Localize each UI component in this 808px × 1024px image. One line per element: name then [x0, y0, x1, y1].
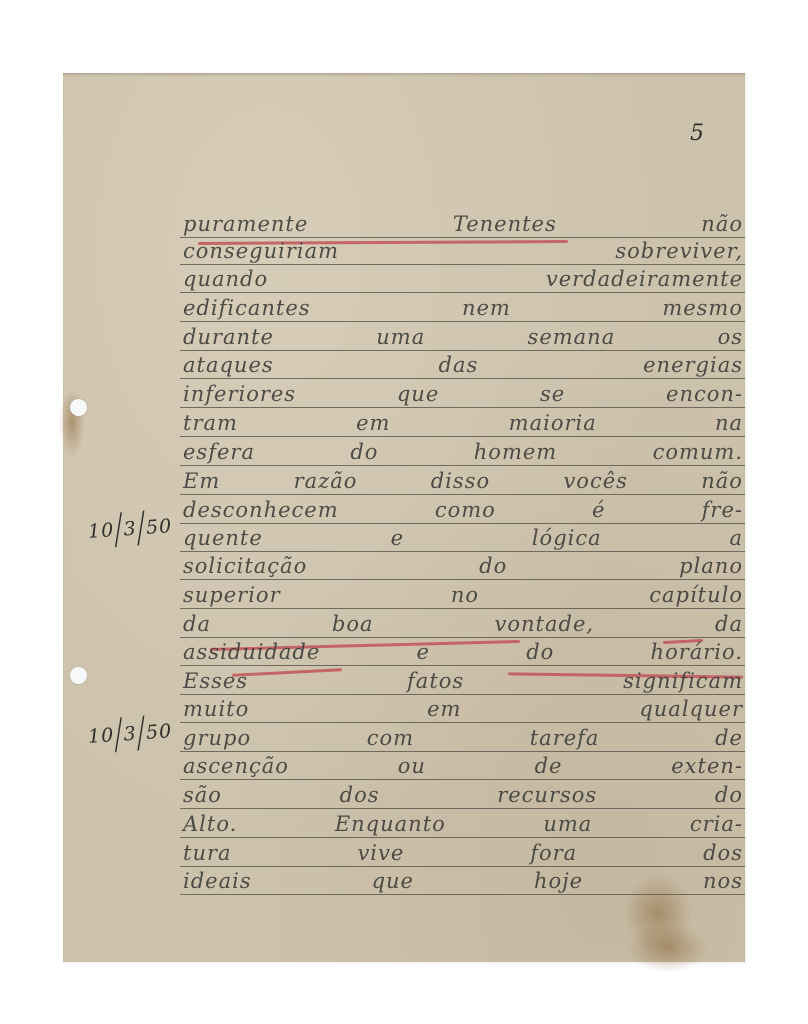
word: uma: [543, 812, 592, 836]
text-line: conseguiriamsobreviver,: [183, 239, 743, 263]
word: fre-: [702, 498, 743, 522]
word: desconhecem: [183, 498, 339, 522]
word: quando: [183, 267, 268, 291]
word: hoje: [534, 869, 583, 893]
text-line: esferadohomemcomum.: [183, 440, 743, 464]
punch-hole: [70, 667, 87, 684]
word: grupo: [183, 726, 251, 750]
word: Alto.: [183, 812, 237, 836]
word: que: [397, 382, 439, 406]
word: edificantes: [183, 296, 311, 320]
ruled-line: [180, 694, 745, 695]
word: de: [535, 754, 563, 778]
ruled-line: [180, 779, 745, 780]
text-line: tramemmaioriana: [183, 411, 743, 435]
date-day: 10: [87, 724, 115, 748]
text-line: solicitaçãodoplano: [183, 554, 743, 578]
page-number: 5: [690, 121, 704, 146]
word: mesmo: [662, 296, 743, 320]
text-line: assiduidadeedohorário.: [183, 640, 743, 664]
margin-date: 10/3/50: [87, 720, 173, 748]
ruled-line: [180, 494, 745, 495]
ruled-line: [180, 264, 745, 265]
word: ataques: [183, 353, 274, 377]
word: nem: [462, 296, 511, 320]
word: se: [540, 382, 565, 406]
text-line: turaviveforados: [183, 841, 743, 865]
margin-date: 10/3/50: [87, 515, 173, 543]
ruled-line: [180, 551, 745, 552]
word: fora: [530, 841, 577, 865]
word: das: [439, 353, 479, 377]
word: não: [701, 469, 743, 493]
text-line: puramenteTenentesnão: [183, 212, 743, 236]
word: do: [479, 554, 507, 578]
word: tram: [183, 411, 238, 435]
date-month: 3: [123, 518, 138, 541]
ruled-line: [180, 436, 745, 437]
water-stain: [628, 923, 708, 973]
text-line: Alto.Enquantoumacria-: [183, 812, 743, 836]
text-line: sãodosrecursosdo: [183, 783, 743, 807]
text-line: superiornocapítulo: [183, 583, 743, 607]
ruled-line: [180, 894, 745, 895]
punch-hole: [70, 399, 87, 416]
word: não: [701, 212, 743, 236]
word: inferiores: [183, 382, 296, 406]
manuscript-page: 5 10/3/50 10/3/50 puramenteTenentesnão c…: [63, 73, 745, 962]
word: em: [427, 697, 461, 721]
word: ideais: [183, 869, 252, 893]
ruled-line: [180, 321, 745, 322]
word: esfera: [183, 440, 255, 464]
text-line: ataquesdasenergias: [183, 353, 743, 377]
word: de: [715, 726, 743, 750]
word: dos: [340, 783, 380, 807]
ruled-line: [180, 751, 745, 752]
text-line: quandoverdadeiramente: [183, 267, 743, 291]
word: do: [715, 783, 743, 807]
word: durante: [183, 325, 274, 349]
word: e: [417, 640, 430, 664]
word: da: [183, 612, 211, 636]
ruled-line: [180, 407, 745, 408]
ruled-line: [180, 523, 745, 524]
date-day: 10: [87, 519, 115, 543]
text-line: quenteelógicaa: [183, 526, 743, 550]
text-line: daboavontade,da: [183, 612, 743, 636]
word: horário.: [651, 640, 743, 664]
word: Em: [183, 469, 220, 493]
ruled-line: [180, 465, 745, 466]
word: da: [715, 612, 743, 636]
word: vocês: [563, 469, 627, 493]
text-line: Emrazãodissovocêsnão: [183, 469, 743, 493]
word: do: [526, 640, 554, 664]
text-line: duranteumasemanaos: [183, 325, 743, 349]
word: assiduidade: [183, 640, 320, 664]
text-line: desconhecemcomoéfre-: [183, 498, 743, 522]
word: recursos: [497, 783, 597, 807]
text-line: grupocomtarefade: [183, 726, 743, 750]
ruled-line: [180, 837, 745, 838]
word: tura: [183, 841, 232, 865]
date-year: 50: [145, 720, 173, 744]
ruled-line: [180, 350, 745, 351]
word: disso: [431, 469, 490, 493]
word: na: [715, 411, 743, 435]
date-year: 50: [145, 515, 173, 539]
word: comum.: [653, 440, 743, 464]
text-line: inferioresqueseencon-: [183, 382, 743, 406]
word: exten-: [671, 754, 743, 778]
text-line: ascençãooudeexten-: [183, 754, 743, 778]
word: no: [451, 583, 479, 607]
word: superior: [183, 583, 281, 607]
word: Esses: [183, 669, 248, 693]
word: lógica: [532, 526, 602, 550]
date-month: 3: [123, 723, 138, 746]
word: significam: [623, 669, 743, 693]
ruled-line: [180, 292, 745, 293]
ruled-line: [180, 608, 745, 609]
word: qualquer: [639, 697, 743, 721]
word: são: [183, 783, 222, 807]
word: boa: [332, 612, 374, 636]
word: sobreviver,: [615, 239, 743, 263]
word: vontade,: [495, 612, 595, 636]
word: muito: [183, 697, 249, 721]
word: é: [592, 498, 605, 522]
word: nos: [703, 869, 743, 893]
word: Enquanto: [335, 812, 446, 836]
word: energias: [643, 353, 743, 377]
word: do: [350, 440, 378, 464]
word: capítulo: [649, 583, 743, 607]
word: semana: [528, 325, 616, 349]
word: cria-: [690, 812, 743, 836]
ruled-line: [180, 579, 745, 580]
word: puramente: [183, 212, 308, 236]
word: plano: [679, 554, 743, 578]
word: maioria: [509, 411, 597, 435]
word: verdadeiramente: [546, 267, 743, 291]
word: com: [367, 726, 414, 750]
word: como: [435, 498, 496, 522]
word: dos: [703, 841, 743, 865]
word: em: [356, 411, 390, 435]
word: solicitação: [183, 554, 307, 578]
text-line: Essesfatossignificam: [183, 669, 743, 693]
ruled-line: [180, 722, 745, 723]
text-line: edificantesnemmesmo: [183, 296, 743, 320]
word: razão: [294, 469, 358, 493]
word: homem: [474, 440, 557, 464]
ruled-line: [180, 808, 745, 809]
word: fatos: [407, 669, 464, 693]
word: encon-: [666, 382, 743, 406]
word: que: [372, 869, 414, 893]
ruled-line: [180, 665, 745, 666]
word: Tenentes: [453, 212, 557, 236]
word: uma: [376, 325, 425, 349]
text-line: muitoemqualquer: [183, 697, 743, 721]
ruled-line: [180, 237, 745, 238]
ruled-line: [180, 637, 745, 638]
ruled-line: [180, 866, 745, 867]
word: a: [729, 526, 743, 550]
word: tarefa: [530, 726, 600, 750]
text-line: ideaisquehojenos: [183, 869, 743, 893]
word: ou: [398, 754, 426, 778]
word: conseguiriam: [183, 239, 339, 263]
word: vive: [357, 841, 404, 865]
word: os: [718, 325, 743, 349]
word: e: [391, 526, 404, 550]
word: quente: [183, 526, 263, 550]
word: ascenção: [183, 754, 289, 778]
ruled-line: [180, 378, 745, 379]
